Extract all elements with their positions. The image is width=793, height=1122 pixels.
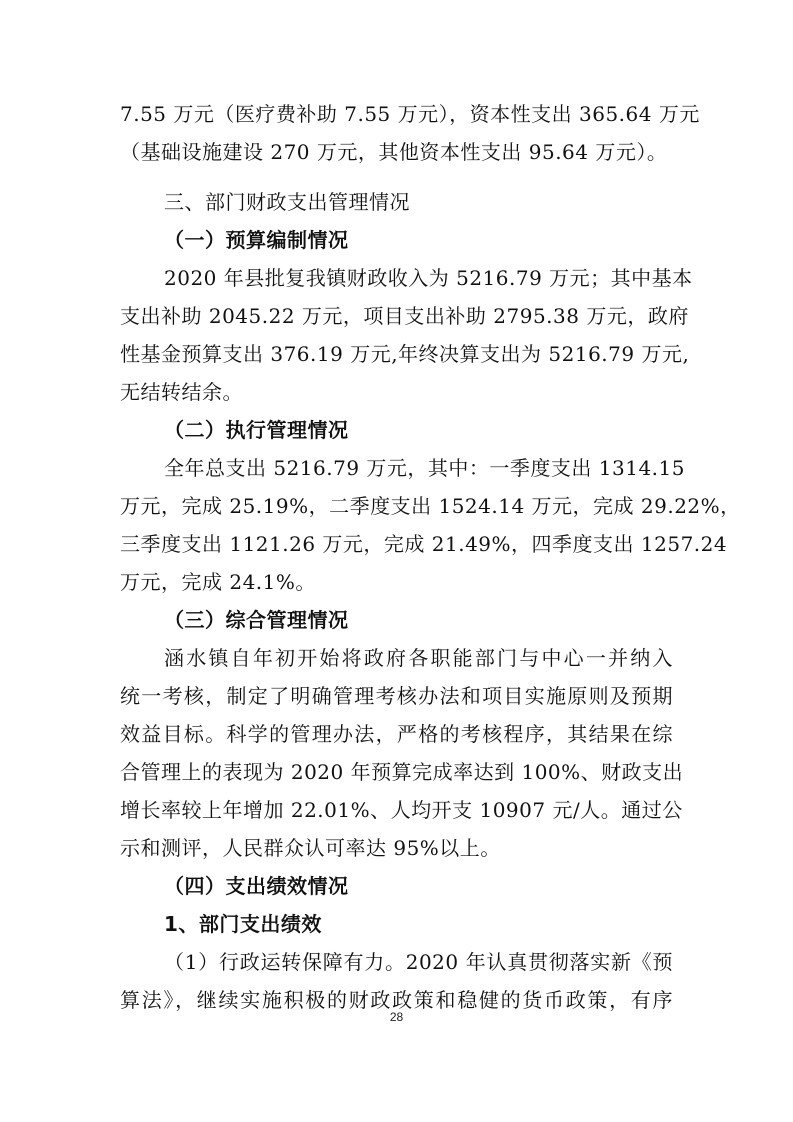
- paragraph-line: 2020 年县批复我镇财政收入为 5216.79 万元；其中基本: [164, 266, 673, 290]
- paragraph-line: 统一考核，制定了明确管理考核办法和项目实施原则及预期: [120, 684, 673, 708]
- subsection-heading: （二）执行管理情况: [164, 418, 349, 442]
- paragraph-line: （基础设施建设 270 万元，其他资本性支出 95.64 万元）。: [120, 140, 673, 164]
- paragraph-line: （1）行政运转保障有力。2020 年认真贯彻落实新《预: [164, 950, 673, 974]
- paragraph-line: 万元，完成 24.1%。: [120, 570, 673, 594]
- paragraph-line: 7.55 万元（医疗费补助 7.55 万元），资本性支出 365.64 万元: [120, 102, 673, 126]
- paragraph-line: 算法》，继续实施积极的财政政策和稳健的货币政策，有序: [120, 988, 673, 1012]
- paragraph-line: 性基金预算支出 376.19 万元,年终决算支出为 5216.79 万元,: [120, 342, 673, 366]
- paragraph-line: 支出补助 2045.22 万元，项目支出补助 2795.38 万元，政府: [120, 304, 673, 328]
- paragraph-line: 无结转结余。: [120, 380, 673, 404]
- paragraph-line: 示和测评，人民群众认可率达 95%以上。: [120, 836, 673, 860]
- paragraph-line: 效益目标。科学的管理办法，严格的考核程序，其结果在综: [120, 722, 673, 746]
- subsection-heading: （一）预算编制情况: [164, 228, 349, 252]
- section-heading: 三、部门财政支出管理情况: [164, 190, 410, 214]
- paragraph-line: 三季度支出 1121.26 万元，完成 21.49%，四季度支出 1257.24: [120, 532, 673, 556]
- page-number: 28: [0, 1010, 793, 1024]
- paragraph-line: 万元，完成 25.19%，二季度支出 1524.14 万元，完成 29.22%，: [120, 494, 673, 518]
- paragraph-line: 全年总支出 5216.79 万元，其中：一季度支出 1314.15: [164, 456, 673, 480]
- subsection-heading: 1、部门支出绩效: [164, 912, 322, 936]
- paragraph-line: 涵水镇自年初开始将政府各职能部门与中心一并纳入: [164, 646, 673, 670]
- paragraph-line: 合管理上的表现为 2020 年预算完成率达到 100%、财政支出: [120, 760, 673, 784]
- subsection-heading: （三）综合管理情况: [164, 608, 349, 632]
- subsection-heading: （四）支出绩效情况: [164, 874, 349, 898]
- paragraph-line: 增长率较上年增加 22.01%、人均开支 10907 元/人。通过公: [120, 798, 673, 822]
